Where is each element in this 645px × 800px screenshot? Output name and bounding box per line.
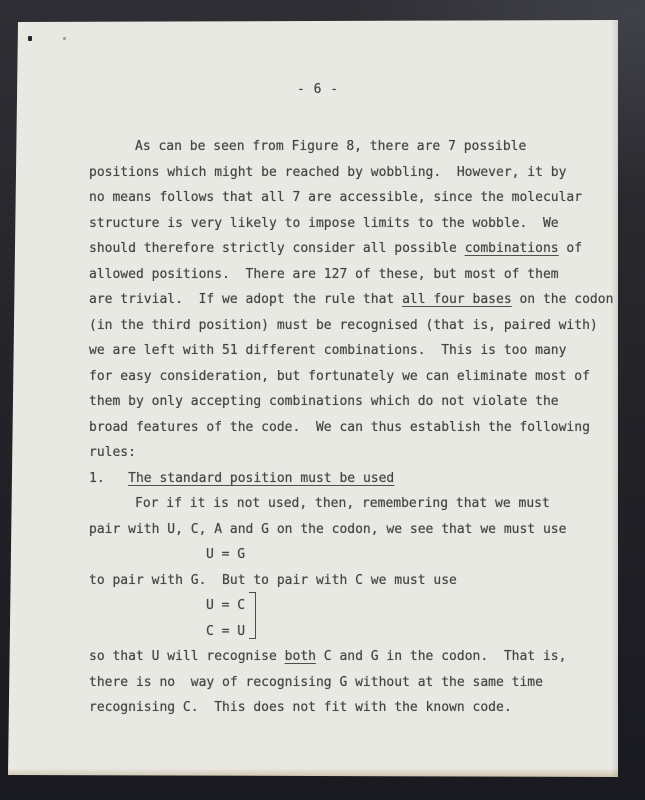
text-line-17: U = G bbox=[89, 542, 621, 568]
paper-bottom-edge bbox=[8, 768, 618, 777]
text-line-22: there is no way of recognising G without… bbox=[89, 670, 621, 696]
text-segment: should therefore strictly consider all p… bbox=[89, 241, 465, 256]
underlined-text: combinations bbox=[465, 241, 559, 256]
text-line-21: so that U will recognise both C and G in… bbox=[89, 644, 621, 670]
text-segment: so that U will recognise bbox=[89, 649, 285, 664]
text-line-15: For if it is not used, then, remembering… bbox=[89, 491, 621, 517]
text-segment: we are left with 51 different combinatio… bbox=[89, 343, 566, 358]
text-line-19: U = C bbox=[89, 593, 621, 619]
text-line-5: should therefore strictly consider all p… bbox=[89, 236, 621, 262]
page-text: As can be seen from Figure 8, there are … bbox=[89, 134, 621, 721]
text-line-12: broad features of the code. We can thus … bbox=[89, 415, 621, 441]
text-segment: are trivial. If we adopt the rule that bbox=[89, 292, 402, 307]
text-segment: 1. bbox=[89, 471, 128, 486]
text-line-1: As can be seen from Figure 8, there are … bbox=[89, 134, 621, 160]
text-segment: C and G in the codon. That is, bbox=[316, 649, 566, 664]
text-segment: allowed positions. There are 127 of thes… bbox=[89, 267, 559, 282]
text-segment: there is no way of recognising G without… bbox=[89, 675, 543, 690]
underlined-text: all four bases bbox=[402, 292, 512, 307]
paper-right-edge bbox=[611, 20, 618, 777]
text-line-2: positions which might be reached by wobb… bbox=[89, 160, 621, 186]
text-segment: U = C bbox=[206, 598, 245, 613]
text-line-14: 1. The standard position must be used bbox=[89, 466, 621, 492]
ink-speck bbox=[28, 36, 32, 41]
text-segment: pair with U, C, A and G on the codon, we… bbox=[89, 522, 566, 537]
paper-speck bbox=[63, 37, 66, 40]
text-segment: As can be seen from Figure 8, there are … bbox=[135, 139, 526, 154]
text-line-11: them by only accepting combinations whic… bbox=[89, 389, 621, 415]
text-line-13: rules: bbox=[89, 440, 621, 466]
text-line-9: we are left with 51 different combinatio… bbox=[89, 338, 621, 364]
text-segment: C = U bbox=[206, 624, 245, 639]
text-segment: (in the third position) must be recognis… bbox=[89, 318, 598, 333]
text-segment: to pair with G. But to pair with C we mu… bbox=[89, 573, 457, 588]
document-page: - 6 - As can be seen from Figure 8, ther… bbox=[0, 0, 645, 800]
underlined-text: both bbox=[285, 649, 316, 664]
text-line-20: C = U bbox=[89, 619, 621, 645]
underlined-text: The standard position must be used bbox=[128, 471, 394, 486]
text-line-23: recognising C. This does not fit with th… bbox=[89, 695, 621, 721]
text-line-8: (in the third position) must be recognis… bbox=[89, 313, 621, 339]
text-segment: For if it is not used, then, remembering… bbox=[135, 496, 550, 511]
text-segment: broad features of the code. We can thus … bbox=[89, 420, 590, 435]
text-line-3: no means follows that all 7 are accessib… bbox=[89, 185, 621, 211]
text-line-16: pair with U, C, A and G on the codon, we… bbox=[89, 517, 621, 543]
scanned-page-view: - 6 - As can be seen from Figure 8, ther… bbox=[0, 0, 645, 800]
text-segment: on the codon bbox=[512, 292, 614, 307]
text-line-6: allowed positions. There are 127 of thes… bbox=[89, 262, 621, 288]
text-segment: rules: bbox=[89, 445, 136, 460]
text-segment: them by only accepting combinations whic… bbox=[89, 394, 559, 409]
text-line-10: for easy consideration, but fortunately … bbox=[89, 364, 621, 390]
text-segment: positions which might be reached by wobb… bbox=[89, 165, 566, 180]
text-segment: recognising C. This does not fit with th… bbox=[89, 700, 512, 715]
page-number: - 6 - bbox=[297, 81, 339, 99]
text-segment: no means follows that all 7 are accessib… bbox=[89, 190, 582, 205]
text-segment: of bbox=[559, 241, 582, 256]
text-segment: for easy consideration, but fortunately … bbox=[89, 369, 590, 384]
text-segment: structure is very likely to impose limit… bbox=[89, 216, 559, 231]
text-line-18: to pair with G. But to pair with C we mu… bbox=[89, 568, 621, 594]
text-segment: U = G bbox=[206, 547, 245, 562]
text-line-4: structure is very likely to impose limit… bbox=[89, 211, 621, 237]
text-line-7: are trivial. If we adopt the rule that a… bbox=[89, 287, 621, 313]
